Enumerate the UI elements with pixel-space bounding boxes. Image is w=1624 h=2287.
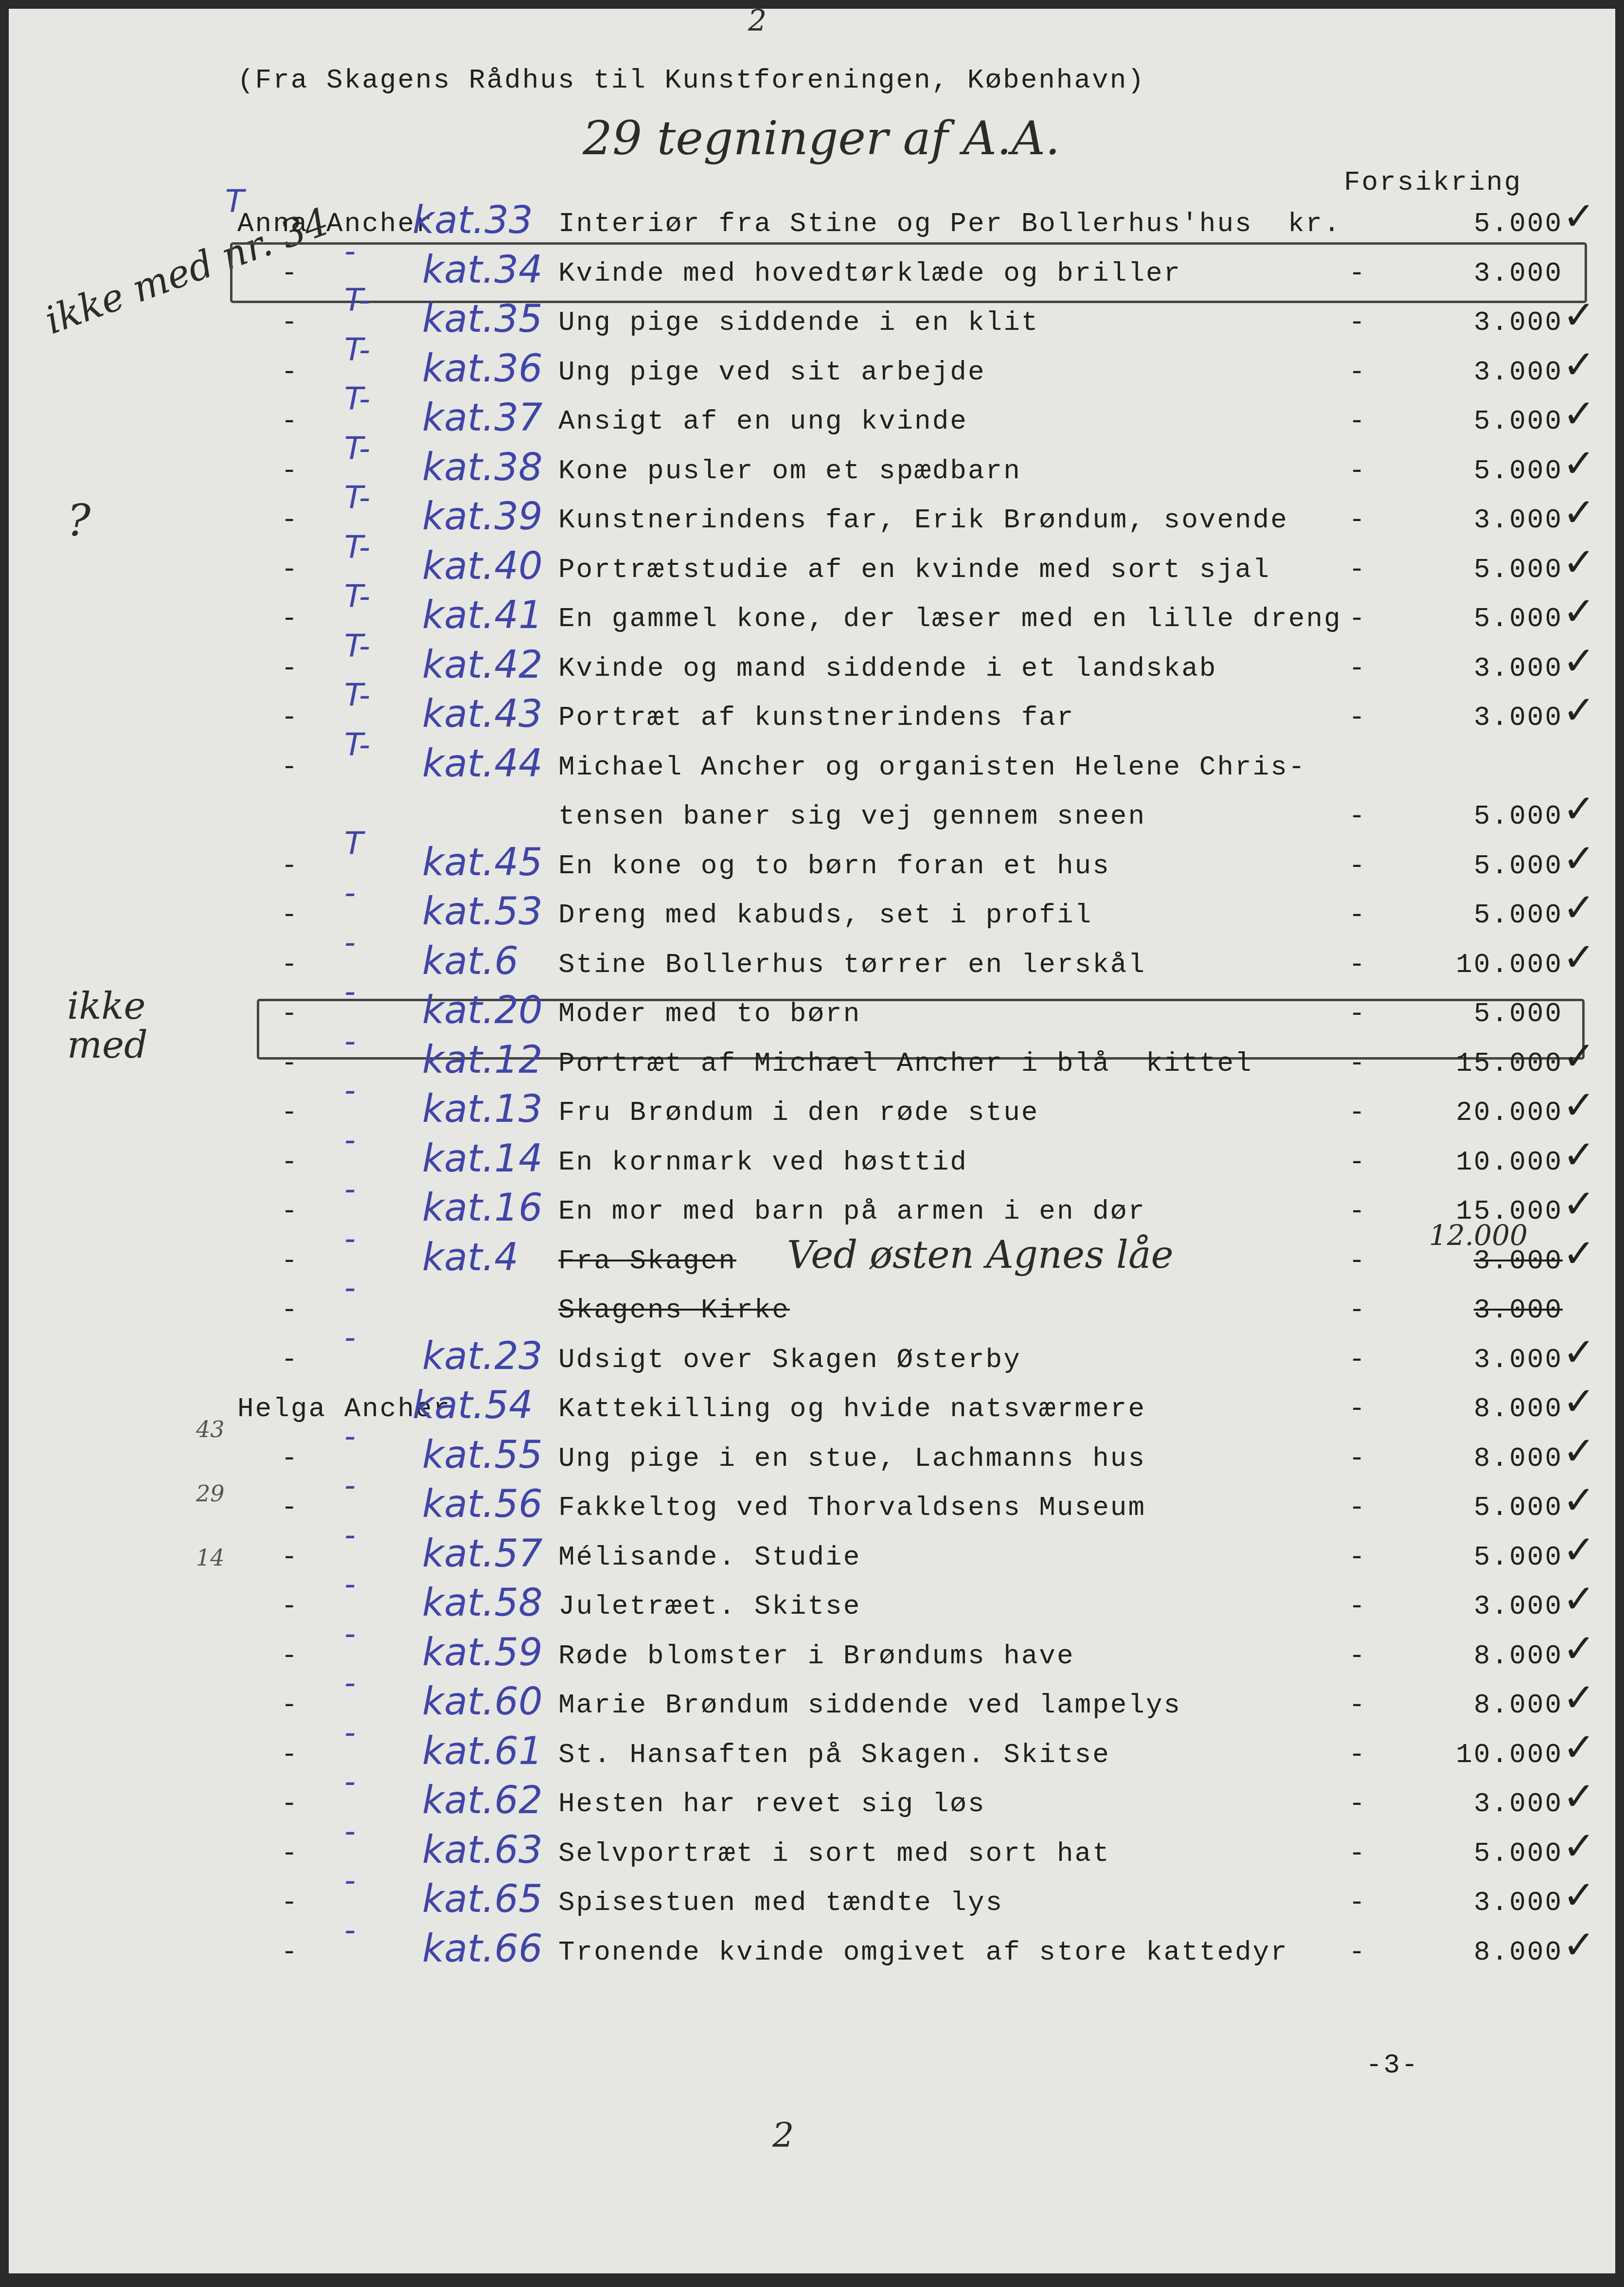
ditto-dash: -	[281, 1295, 299, 1326]
catalogue-number: kat.57	[422, 1532, 543, 1576]
handwritten-title: Ved østen Agnes låe	[787, 1233, 1174, 1277]
insurance-amount: 10.000	[1417, 949, 1563, 980]
insurance-amount: 5.000	[1417, 900, 1563, 931]
insurance-amount: 20.000	[1417, 1097, 1563, 1128]
artwork-title: Fru Brøndum i den røde stue	[558, 1097, 1039, 1128]
insurance-amount: 3.000	[1417, 357, 1563, 388]
artwork-title: Hesten har revet sig løs	[558, 1788, 986, 1819]
amount-dash: -	[1349, 554, 1367, 585]
check-icon: ✓	[1563, 1330, 1595, 1375]
insurance-amount: 3.000	[1417, 1887, 1563, 1918]
ditto-dash: -	[281, 1591, 299, 1622]
amount-dash: -	[1349, 504, 1367, 536]
pen-mark: -	[344, 1912, 356, 1948]
pen-mark: -	[344, 1567, 356, 1603]
handwritten-amount: 12.000	[1429, 1219, 1528, 1252]
artwork-title: Udsigt over Skagen Østerby	[558, 1344, 1021, 1375]
pen-mark: -	[344, 234, 356, 270]
artwork-title: St. Hansaften på Skagen. Skitse	[558, 1739, 1110, 1770]
amount-dash: -	[1349, 653, 1367, 684]
catalogue-number: kat.61	[422, 1729, 543, 1773]
check-icon: ✓	[1563, 687, 1595, 733]
pen-mark: -	[344, 1024, 356, 1060]
ditto-dash: -	[281, 455, 299, 486]
check-icon: ✓	[1563, 589, 1595, 634]
artwork-title: Selvportræt i sort med sort hat	[558, 1838, 1110, 1869]
artwork-title-continued: tensen baner sig vej gennem sneen	[558, 801, 1146, 832]
amount-dash: -	[1349, 1492, 1367, 1523]
catalogue-number: kat.45	[422, 841, 543, 884]
ditto-dash: -	[281, 1196, 299, 1227]
catalogue-number: kat.16	[422, 1186, 543, 1230]
artwork-title: Tronende kvinde omgivet af store kattedy…	[558, 1937, 1288, 1968]
artwork-title: Kvinde og mand siddende i et landskab	[558, 653, 1217, 684]
amount-dash: -	[1349, 258, 1367, 289]
check-icon: ✓	[1563, 194, 1595, 239]
insurance-amount: 5.000	[1417, 1542, 1563, 1573]
pen-mark: -	[344, 925, 356, 961]
pen-mark: -	[344, 1616, 356, 1652]
insurance-amount: 3.000	[1417, 307, 1563, 338]
insurance-amount: 8.000	[1417, 1937, 1563, 1968]
insurance-amount: 3.000	[1417, 1344, 1563, 1375]
insurance-amount: 10.000	[1417, 1739, 1563, 1770]
amount-dash: -	[1349, 850, 1367, 882]
amount-dash: -	[1349, 1097, 1367, 1128]
document-heading: (Fra Skagens Rådhus til Kunstforeningen,…	[237, 65, 1145, 96]
catalogue-number: kat.42	[422, 643, 543, 687]
insurance-amount: 5.000	[1417, 554, 1563, 585]
amount-dash: -	[1349, 357, 1367, 388]
pen-mark: T-	[344, 332, 370, 368]
ditto-dash: -	[281, 653, 299, 684]
insurance-amount: 3.000	[1417, 653, 1563, 684]
pen-mark: -	[344, 1814, 356, 1850]
artwork-title: En gammel kone, der læser med en lille d…	[558, 603, 1342, 634]
check-icon: ✓	[1563, 1626, 1595, 1671]
amount-dash: -	[1349, 1788, 1367, 1819]
artwork-title: Marie Brøndum siddende ved lampelys	[558, 1690, 1181, 1721]
ditto-dash: -	[281, 1443, 299, 1474]
catalogue-number: kat.33	[412, 198, 533, 242]
insurance-amount: 5.000	[1417, 406, 1563, 437]
insurance-amount: 5.000	[1417, 1838, 1563, 1869]
artwork-title: Fakkeltog ved Thorvaldsens Museum	[558, 1492, 1146, 1523]
artwork-title: Juletræet. Skitse	[558, 1591, 861, 1622]
catalogue-number: kat.60	[422, 1680, 543, 1724]
amount-dash: -	[1349, 801, 1367, 832]
amount-dash: -	[1349, 1838, 1367, 1869]
catalogue-number: kat.65	[422, 1877, 543, 1921]
artwork-title: En mor med barn på armen i en dør	[558, 1196, 1146, 1227]
insurance-amount: 10.000	[1417, 1147, 1563, 1178]
amount-dash: -	[1349, 998, 1367, 1029]
check-icon: ✓	[1563, 1725, 1595, 1770]
document-page: 2 (Fra Skagens Rådhus til Kunstforeninge…	[9, 9, 1615, 2273]
pen-mark: -	[344, 974, 356, 1010]
tally-value: 29	[196, 1483, 225, 1504]
artwork-title: Dreng med kabuds, set i profil	[558, 900, 1092, 931]
catalogue-number: kat.12	[422, 1038, 543, 1082]
check-icon: ✓	[1563, 1231, 1595, 1276]
check-icon: ✓	[1563, 1379, 1595, 1424]
artwork-title: Ung pige siddende i en klit	[558, 307, 1039, 338]
check-icon: ✓	[1563, 441, 1595, 486]
artwork-title: En kone og to børn foran et hus	[558, 850, 1110, 882]
artwork-title: Interiør fra Stine og Per Bollerhus'hus	[558, 208, 1253, 239]
catalogue-number: kat.59	[422, 1631, 543, 1675]
insurance-amount: 5.000	[1417, 998, 1563, 1029]
catalogue-number: kat.40	[422, 544, 543, 588]
amount-dash: -	[1349, 1393, 1367, 1424]
ditto-dash: -	[281, 1344, 299, 1375]
check-icon: ✓	[1563, 1873, 1595, 1918]
catalogue-number: kat.41	[422, 594, 543, 637]
pen-mark: T-	[344, 727, 370, 763]
ditto-dash: -	[281, 1542, 299, 1573]
amount-dash: -	[1349, 1295, 1367, 1326]
catalogue-number: kat.54	[412, 1384, 533, 1427]
catalogue-number: kat.35	[422, 297, 543, 341]
amount-dash: -	[1349, 455, 1367, 486]
amount-dash: -	[1349, 1887, 1367, 1918]
amount-dash: -	[1349, 1245, 1367, 1277]
artwork-title: Røde blomster i Brøndums have	[558, 1640, 1075, 1672]
ditto-dash: -	[281, 1788, 299, 1819]
catalogue-number: kat.4	[422, 1236, 518, 1279]
check-icon: ✓	[1563, 638, 1595, 684]
ditto-dash: -	[281, 1739, 299, 1770]
catalogue-number: kat.39	[422, 495, 543, 539]
amount-dash: -	[1349, 307, 1367, 338]
pen-mark: -	[344, 1665, 356, 1701]
check-icon: ✓	[1563, 1922, 1595, 1967]
pen-mark: T-	[344, 579, 370, 615]
ditto-dash: -	[281, 406, 299, 437]
insurance-amount: 8.000	[1417, 1640, 1563, 1672]
artwork-title: Portrætstudie af en kvinde med sort sjal	[558, 554, 1270, 585]
ditto-dash: -	[281, 998, 299, 1029]
pen-mark: -	[344, 1863, 356, 1899]
ditto-dash: -	[281, 850, 299, 882]
pen-mark: -	[344, 1122, 356, 1158]
ditto-dash: -	[281, 1690, 299, 1721]
artwork-title: Kvinde med hovedtørklæde og briller	[558, 258, 1181, 289]
amount-dash: -	[1349, 406, 1367, 437]
artwork-title: Mélisande. Studie	[558, 1542, 861, 1573]
catalogue-number: kat.14	[422, 1137, 543, 1181]
top-page-mark: 2	[748, 4, 767, 38]
pen-mark: T-	[344, 629, 370, 665]
check-icon: ✓	[1563, 1527, 1595, 1572]
artwork-title: Kattekilling og hvide natsværmere	[558, 1393, 1146, 1424]
check-icon: ✓	[1563, 935, 1595, 980]
catalogue-number: kat.58	[422, 1581, 543, 1625]
amount-dash: -	[1349, 603, 1367, 634]
artwork-title: Michael Ancher og organisten Helene Chri…	[558, 752, 1306, 783]
insurance-amount: 5.000	[1417, 850, 1563, 882]
catalogue-number: kat.43	[422, 692, 543, 736]
pen-mark: -	[344, 1270, 356, 1306]
amount-dash: -	[1349, 900, 1367, 931]
ditto-dash: -	[281, 307, 299, 338]
struck-amount: 3.000	[1417, 1295, 1563, 1326]
catalogue-number: kat.23	[422, 1334, 543, 1378]
insurance-amount: 5.000	[1417, 1492, 1563, 1523]
ditto-dash: -	[281, 1492, 299, 1523]
pen-mark: -	[344, 1468, 356, 1504]
insurance-amount: 3.000	[1417, 1591, 1563, 1622]
artwork-title: Spisestuen med tændte lys	[558, 1887, 1003, 1918]
catalogue-number: kat.38	[422, 446, 543, 489]
insurance-amount: 3.000	[1417, 702, 1563, 733]
catalogue-number: kat.62	[422, 1779, 543, 1822]
ditto-dash: -	[281, 554, 299, 585]
tally-note: 43 29 14	[196, 1376, 225, 1611]
pen-mark: T-	[344, 283, 370, 319]
amount-dash: -	[1349, 1591, 1367, 1622]
artwork-title: Ansigt af en ung kvinde	[558, 406, 968, 437]
insurance-amount: 5.000	[1417, 801, 1563, 832]
pen-mark: -	[344, 1419, 356, 1455]
pen-mark: T-	[344, 678, 370, 714]
catalogue-number: kat.34	[422, 248, 543, 292]
ditto-dash: -	[281, 900, 299, 931]
check-icon: ✓	[1563, 1428, 1595, 1474]
ditto-dash: -	[281, 357, 299, 388]
tally-value: 14	[196, 1547, 225, 1568]
struck-title: Skagens Kirke	[558, 1295, 790, 1326]
handwritten-subtitle: 29 tegninger af A.A.	[583, 111, 1060, 165]
artwork-title: Ung pige ved sit arbejde	[558, 357, 986, 388]
check-icon: ✓	[1563, 1774, 1595, 1819]
amount-dash: -	[1349, 1690, 1367, 1721]
amount-dash: -	[1349, 1937, 1367, 1968]
ditto-dash: -	[281, 1147, 299, 1178]
insurance-amount: 15.000	[1417, 1048, 1563, 1079]
check-icon: ✓	[1563, 292, 1595, 338]
check-icon: ✓	[1563, 885, 1595, 930]
pen-mark: T-	[344, 530, 370, 566]
pen-mark: T-	[344, 480, 370, 516]
catalogue-number: kat.37	[422, 396, 543, 440]
artwork-title: Stine Bollerhus tørrer en lerskål	[558, 949, 1146, 980]
artwork-title: Kone pusler om et spædbarn	[558, 455, 1021, 486]
catalogue-number: kat.20	[422, 989, 543, 1032]
pen-mark: -	[344, 875, 356, 911]
pen-mark: T-	[344, 381, 370, 417]
question-mark: ?	[67, 495, 90, 546]
bottom-handwritten-mark: 2	[772, 2115, 794, 2155]
pen-mark: T-	[344, 431, 370, 467]
ditto-dash: -	[281, 504, 299, 536]
ditto-dash: -	[281, 258, 299, 289]
check-icon: ✓	[1563, 1823, 1595, 1869]
artwork-title: Kunstnerindens far, Erik Brøndum, sovend…	[558, 504, 1288, 536]
ditto-dash: -	[281, 949, 299, 980]
currency-label: kr.	[1288, 208, 1341, 239]
check-icon: ✓	[1563, 836, 1595, 881]
ditto-dash: -	[281, 603, 299, 634]
insurance-amount: 8.000	[1417, 1443, 1563, 1474]
footer-page-number: -3-	[1366, 2050, 1419, 2081]
amount-dash: -	[1349, 1443, 1367, 1474]
ditto-dash: -	[281, 1838, 299, 1869]
pen-mark: -	[344, 1073, 356, 1109]
pen-mark: -	[344, 1764, 356, 1800]
artwork-title: Ung pige i en stue, Lachmanns hus	[558, 1443, 1146, 1474]
ditto-dash: -	[281, 1640, 299, 1672]
ditto-dash: -	[281, 752, 299, 783]
insurance-amount: 8.000	[1417, 1393, 1563, 1424]
artwork-title: Moder med to børn	[558, 998, 861, 1029]
amount-dash: -	[1349, 1739, 1367, 1770]
check-icon: ✓	[1563, 786, 1595, 831]
amount-dash: -	[1349, 1542, 1367, 1573]
column-header-forsikring: Forsikring	[1344, 167, 1522, 198]
artwork-title: Portræt af Michael Ancher i blå kittel	[558, 1048, 1253, 1079]
catalogue-number: kat.53	[422, 890, 543, 934]
catalogue-number: kat.44	[422, 742, 543, 786]
catalogue-number: kat.56	[422, 1482, 543, 1526]
ditto-dash: -	[281, 702, 299, 733]
catalogue-number: kat.36	[422, 347, 543, 391]
check-icon: ✓	[1563, 1132, 1595, 1177]
catalogue-number: kat.63	[422, 1828, 543, 1872]
check-icon: ✓	[1563, 1675, 1595, 1720]
check-icon: ✓	[1563, 490, 1595, 535]
ditto-dash: -	[281, 1245, 299, 1277]
pen-mark: -	[344, 1715, 356, 1751]
check-icon: ✓	[1563, 391, 1595, 436]
check-icon: ✓	[1563, 1576, 1595, 1621]
insurance-amount: 8.000	[1417, 1690, 1563, 1721]
ditto-dash: -	[281, 1097, 299, 1128]
amount-dash: -	[1349, 1147, 1367, 1178]
amount-dash: -	[1349, 1048, 1367, 1079]
pen-mark: -	[344, 1320, 356, 1356]
pen-mark: T	[344, 826, 363, 862]
ditto-dash: -	[281, 1937, 299, 1968]
pen-mark: T	[225, 184, 244, 220]
check-icon: ✓	[1563, 1477, 1595, 1523]
check-icon: ✓	[1563, 1082, 1595, 1128]
insurance-amount: 5.000	[1417, 208, 1563, 239]
amount-dash: -	[1349, 1640, 1367, 1672]
check-icon: ✓	[1563, 342, 1595, 387]
artist-name: Anna Ancher	[237, 208, 433, 239]
check-icon: ✓	[1563, 1181, 1595, 1226]
ditto-dash: -	[281, 1887, 299, 1918]
check-icon: ✓	[1563, 540, 1595, 585]
amount-dash: -	[1349, 1344, 1367, 1375]
artwork-title: Portræt af kunstnerindens far	[558, 702, 1075, 733]
check-icon: ✓	[1563, 1033, 1595, 1079]
pen-mark: -	[344, 1171, 356, 1207]
pen-mark: -	[344, 1517, 356, 1553]
amount-dash: -	[1349, 949, 1367, 980]
catalogue-number: kat.66	[422, 1927, 543, 1971]
amount-dash: -	[1349, 1196, 1367, 1227]
insurance-amount: 3.000	[1417, 258, 1563, 289]
catalogue-number: kat.6	[422, 939, 518, 983]
amount-dash: -	[1349, 702, 1367, 733]
struck-title: Fra Skagen	[558, 1245, 736, 1277]
pen-mark: -	[344, 1221, 356, 1257]
insurance-amount: 5.000	[1417, 603, 1563, 634]
insurance-amount: 3.000	[1417, 504, 1563, 536]
catalogue-number: kat.13	[422, 1087, 543, 1131]
ditto-dash: -	[281, 1048, 299, 1079]
artwork-title: En kornmark ved høsttid	[558, 1147, 968, 1178]
insurance-amount: 5.000	[1417, 455, 1563, 486]
margin-note-20: ikke med	[67, 987, 194, 1064]
tally-value: 43	[196, 1419, 225, 1440]
catalogue-number: kat.55	[422, 1433, 543, 1477]
insurance-amount: 3.000	[1417, 1788, 1563, 1819]
